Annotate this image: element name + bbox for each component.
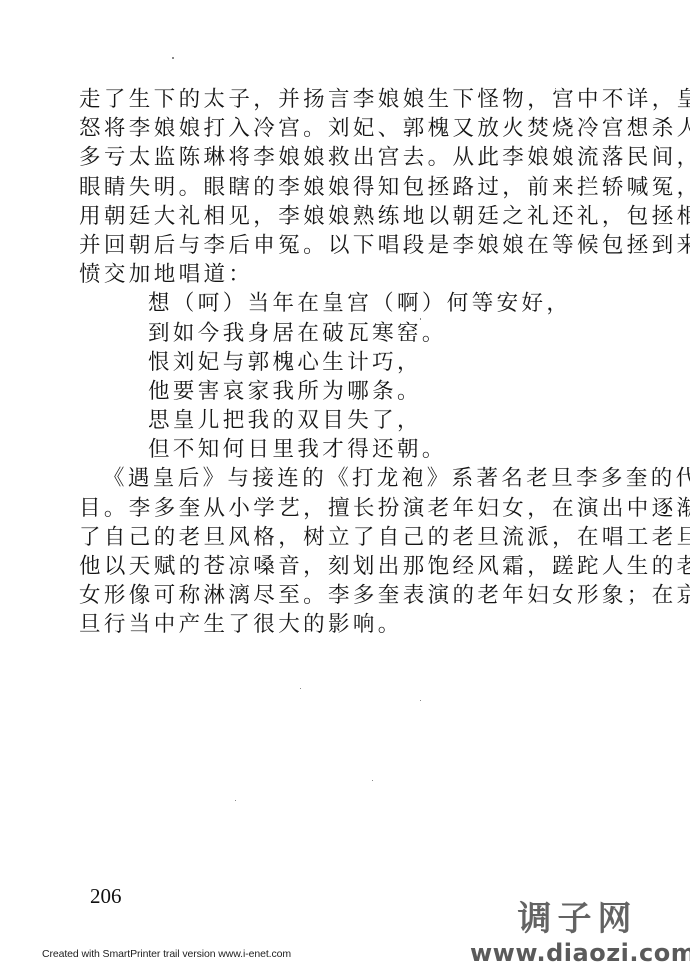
paragraph-commentary: 《遇皇后》与接连的《打龙袍》系著名老旦李多奎的代表剧 目。李多奎从小学艺，擅长扮… (79, 464, 649, 639)
text-line: 目。李多奎从小学艺，擅长扮演老年妇女，在演出中逐渐形成 (79, 494, 649, 523)
text-line: 旦行当中产生了很大的影响。 (79, 610, 649, 639)
verse-line: 但不知何日里我才得还朝。 (79, 435, 649, 464)
text-line: 女形像可称淋漓尽至。李多奎表演的老年妇女形象；在京剧老 (79, 581, 649, 610)
text-line: 并回朝后与李后申冤。以下唱段是李娘娘在等候包拯到来时悲 (79, 231, 649, 260)
watermark-url: www.diaozi.com (470, 938, 685, 968)
site-watermark: 调子网 www.diaozi.com (470, 900, 685, 968)
verse-line: 想（呵）当年在皇宫（啊）何等安好， (79, 289, 649, 318)
scan-speck (300, 688, 301, 689)
scan-speck (420, 700, 421, 701)
text-line: 了自己的老旦风格，树立了自己的老旦流派，在唱工老旦中， (79, 523, 649, 552)
verse-line: 恨刘妃与郭槐心生计巧， (79, 348, 649, 377)
scan-speck (235, 800, 236, 801)
text-line: 多亏太监陈琳将李娘娘救出宫去。从此李娘娘流落民间，后来 (79, 143, 649, 172)
text-line: 他以天赋的苍凉嗓音，刻划出那饱经风霜，蹉跎人生的老年妇 (79, 552, 649, 581)
scan-speck (372, 780, 373, 781)
text-line: 怒将李娘娘打入冷宫。刘妃、郭槐又放火焚烧冷宫想杀人灭口， (79, 114, 649, 143)
lyrics-verse: 想（呵）当年在皇宫（啊）何等安好， 到如今我身居在破瓦寒窑。 恨刘妃与郭槐心生计… (79, 289, 649, 464)
paragraph-story: 走了生下的太子，并扬言李娘娘生下怪物，宫中不详，皇帝大 怒将李娘娘打入冷宫。刘妃… (79, 85, 649, 289)
footer-credit: Created with SmartPrinter trail version … (42, 948, 291, 960)
verse-line: 到如今我身居在破瓦寒窑。 (79, 319, 649, 348)
body-text: 走了生下的太子，并扬言李娘娘生下怪物，宫中不详，皇帝大 怒将李娘娘打入冷宫。刘妃… (79, 85, 649, 640)
scan-speck (172, 57, 174, 59)
text-line: 用朝廷大礼相见，李娘娘熟练地以朝廷之礼还礼，包拯相信， (79, 202, 649, 231)
watermark-title: 调子网 (470, 900, 685, 938)
page-number: 206 (90, 884, 122, 909)
text-line: 眼睛失明。眼瞎的李娘娘得知包拯路过，前来拦轿喊冤，包拯 (79, 173, 649, 202)
verse-line: 他要害哀家我所为哪条。 (79, 377, 649, 406)
text-line: 愤交加地唱道： (79, 260, 649, 289)
verse-line: 思皇儿把我的双目失了， (79, 406, 649, 435)
text-line: 《遇皇后》与接连的《打龙袍》系著名老旦李多奎的代表剧 (79, 464, 649, 493)
text-line: 走了生下的太子，并扬言李娘娘生下怪物，宫中不详，皇帝大 (79, 85, 649, 114)
scanned-page: 走了生下的太子，并扬言李娘娘生下怪物，宫中不详，皇帝大 怒将李娘娘打入冷宫。刘妃… (0, 0, 690, 975)
